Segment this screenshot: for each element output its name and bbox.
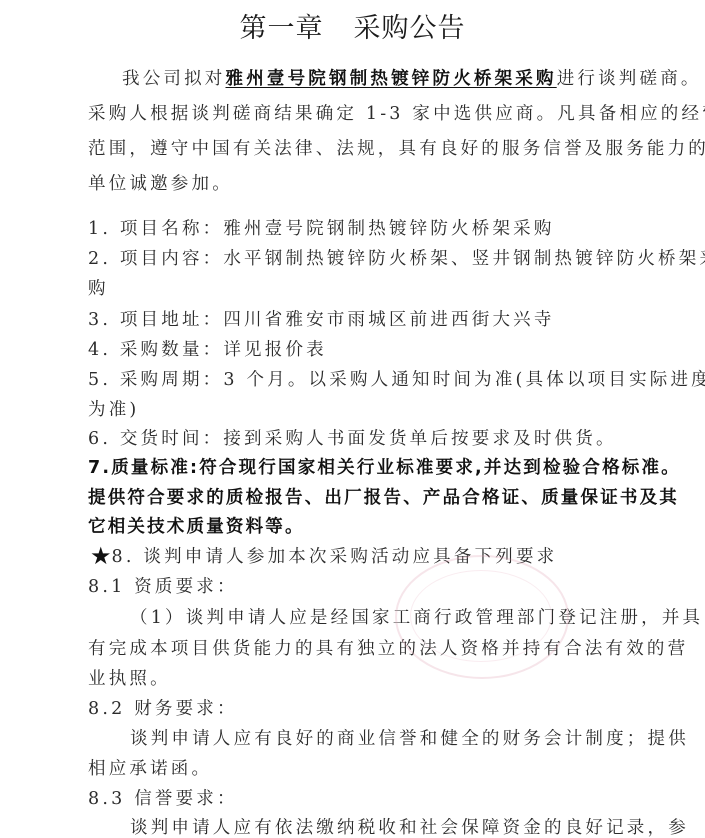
section-8-3-line-1: 谈判申请人应有依法缴纳税收和社会保障资金的良好记录，参 — [130, 817, 630, 838]
item-4: 4. 采购数量：详见报价表 — [88, 339, 588, 361]
quality-line-1: 7.质量标准:符合现行国家相关行业标准要求,并达到检验合格标准。 — [88, 457, 588, 479]
star-icon: ★ — [90, 542, 112, 570]
intro-line-2: 采购人根据谈判磋商结果确定 1-3 家中选供应商。凡具备相应的经营 — [88, 103, 588, 125]
intro-line-3: 范围，遵守中国有关法律、法规，具有良好的服务信誉及服务能力的 — [88, 138, 588, 160]
intro-suffix: 进行谈判磋商。 — [557, 69, 702, 89]
section-8-heading-text: 8. 谈判申请人参加本次采购活动应具备下列要求 — [112, 547, 558, 567]
section-8-2-heading: 8.2 财务要求： — [88, 698, 588, 720]
section-8-1-line-2: 有完成本项目供货能力的具有独立的法人资格并持有合法有效的营 — [88, 638, 588, 660]
section-8-2-line-1: 谈判申请人应有良好的商业信誉和健全的财务会计制度；提供 — [130, 728, 630, 750]
document-page: 第一章采购公告 我公司拟对雅州壹号院钢制热镀锌防火桥架采购进行谈判磋商。 采购人… — [0, 0, 705, 838]
quality-line-3: 它相关技术质量资料等。 — [88, 516, 588, 538]
item-5-cont: 为准) — [88, 399, 588, 421]
chapter-name: 采购公告 — [354, 13, 466, 44]
intro-line-1: 我公司拟对雅州壹号院钢制热镀锌防火桥架采购进行谈判磋商。 — [122, 68, 622, 90]
item-6: 6. 交货时间：接到采购人书面发货单后按要求及时供货。 — [88, 428, 588, 450]
item-1: 1. 项目名称：雅州壹号院钢制热镀锌防火桥架采购 — [88, 218, 588, 240]
quality-line-2: 提供符合要求的质检报告、出厂报告、产品合格证、质量保证书及其 — [88, 487, 588, 509]
section-8-3-heading: 8.3 信誉要求： — [88, 788, 588, 810]
intro-prefix: 我公司拟对 — [122, 69, 226, 89]
section-8-heading: ★8. 谈判申请人参加本次采购活动应具备下列要求 — [90, 545, 590, 568]
project-name-underlined: 雅州壹号院钢制热镀锌防火桥架采购 — [226, 69, 557, 89]
section-8-1-line-3: 业执照。 — [88, 668, 588, 690]
item-2: 2. 项目内容：水平钢制热镀锌防火桥架、竖井钢制热镀锌防火桥架采 — [88, 248, 588, 270]
section-8-1-line-1: （1）谈判申请人应是经国家工商行政管理部门登记注册，并具 — [130, 607, 630, 629]
section-8-2-line-2: 相应承诺函。 — [88, 758, 588, 780]
section-8-1-heading: 8.1 资质要求： — [88, 576, 588, 598]
item-3: 3. 项目地址：四川省雅安市雨城区前进西街大兴寺 — [88, 309, 588, 331]
chapter-number: 第一章 — [240, 13, 324, 44]
chapter-title: 第一章采购公告 — [0, 6, 705, 45]
intro-line-4: 单位诚邀参加。 — [88, 173, 588, 195]
item-2-cont: 购 — [88, 278, 588, 300]
item-5: 5. 采购周期：3 个月。以采购人通知时间为准(具体以项目实际进度 — [88, 369, 588, 391]
